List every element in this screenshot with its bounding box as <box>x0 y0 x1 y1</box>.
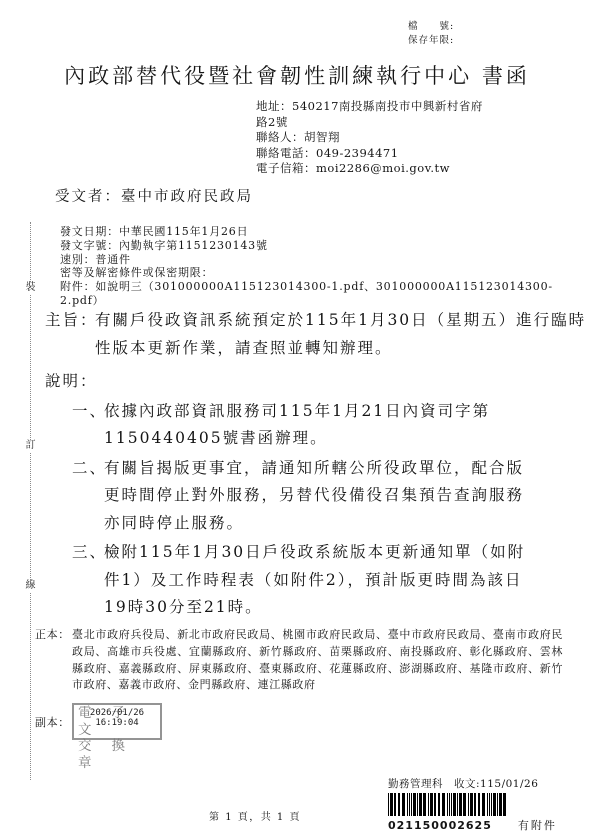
page-number: 第 1 頁，共 1 頁 <box>180 808 330 823</box>
stamp-date: 2026/01/26 <box>74 708 160 718</box>
explanation-section: 說明： 一、 依據內政部資訊服務司115年1月21日內資司字第115044040… <box>45 368 537 622</box>
contact-phone: 聯絡電話：049-2394471 <box>256 146 488 162</box>
subject-section: 主旨： 有關戶役政資訊系統預定於115年1月30日（星期五）進行臨時性版本更新作… <box>45 307 587 362</box>
barcode <box>388 793 558 816</box>
contact-block: 地址：540217南投縣南投市中興新村省府路2號 聯絡人：胡智翔 聯絡電話：04… <box>256 99 488 177</box>
speed-line: 速別：普通件 <box>60 253 560 267</box>
doc-number-line: 發文字號：內勤執字第1151230143號 <box>60 239 560 253</box>
contact-email: 電子信箱：moi2286@moi.gov.tw <box>256 161 488 177</box>
barcode-number: 021150002625 <box>388 819 492 832</box>
item-text: 檢附115年1月30日戶役政系統版本更新通知單（如附件1）及工作時程表（如附件2… <box>104 543 525 616</box>
stamp-row-bottom: 交換章 <box>74 738 160 771</box>
file-number-label: 檔 號: <box>408 20 454 34</box>
electronic-exchange-stamp: 電子文 交換章 2026/01/26 16:19:04 <box>72 703 162 740</box>
meta-block: 發文日期：中華民國115年1月26日 發文字號：內勤執字第1151230143號… <box>60 225 560 308</box>
recipient-line: 受文者：臺中市政府民政局 <box>55 185 253 206</box>
item-text: 依據內政部資訊服務司115年1月21日內資司字第1150440405號書函辦理。 <box>104 402 490 448</box>
attachment-note: 有附件 <box>518 819 557 832</box>
explanation-item: 三、 檢附115年1月30日戶役政系統版本更新通知單（如附件1）及工作時程表（如… <box>45 539 537 622</box>
subject-text: 有關戶役政資訊系統預定於115年1月30日（星期五）進行臨時性版本更新作業，請查… <box>95 311 586 357</box>
stamp-text-bottom: 交換章 <box>78 738 160 771</box>
item-number: 一、 <box>72 398 107 426</box>
security-line: 密等及解密條件或保密期限： <box>60 266 560 280</box>
binding-mark-zhuang: 裝 <box>24 282 37 294</box>
receipt-dept-line: 勤務管理科 收文:115/01/26 <box>388 776 558 791</box>
copy-label: 副本： <box>35 714 70 730</box>
receipt-block: 勤務管理科 收文:115/01/26 021150002625 有附件 <box>388 776 558 833</box>
document-title: 內政部替代役暨社會韌性訓練執行中心 書函 <box>0 60 594 90</box>
item-number: 三、 <box>72 539 107 567</box>
binding-mark-ding: 訂 <box>24 440 37 452</box>
contact-person: 聯絡人：胡智翔 <box>256 130 488 146</box>
binding-mark-xian: 線 <box>24 580 37 592</box>
original-list: 臺北市政府兵役局、新北市政府民政局、桃園市政府民政局、臺中市政府民政局、臺南市政… <box>35 627 563 694</box>
item-text: 有關旨揭版更事宜，請通知所轄公所役政單位，配合版更時間停止對外服務，另替代役備役… <box>104 459 524 532</box>
original-distribution: 正本： 臺北市政府兵役局、新北市政府民政局、桃園市政府民政局、臺中市政府民政局、… <box>35 627 563 694</box>
explanation-item: 一、 依據內政部資訊服務司115年1月21日內資司字第1150440405號書函… <box>45 398 537 453</box>
attachment-line: 附件：如說明三（301000000A115123014300-1.pdf、301… <box>60 280 560 308</box>
binding-dotted-line <box>30 222 31 780</box>
contact-address: 地址：540217南投縣南投市中興新村省府路2號 <box>256 99 486 130</box>
file-number-block: 檔 號: 保存年限: <box>408 20 454 47</box>
retention-period-label: 保存年限: <box>408 34 454 48</box>
document-page: 裝 訂 線 檔 號: 保存年限: 內政部替代役暨社會韌性訓練執行中心 書函 地址… <box>0 0 594 840</box>
original-label: 正本： <box>35 627 70 644</box>
subject-label: 主旨： <box>45 307 98 335</box>
explanation-label: 說明： <box>45 368 537 396</box>
issue-date-line: 發文日期：中華民國115年1月26日 <box>60 225 560 239</box>
stamp-time: 16:19:04 <box>74 718 160 728</box>
explanation-item: 二、 有關旨揭版更事宜，請通知所轄公所役政單位，配合版更時間停止對外服務，另替代… <box>45 455 537 538</box>
stamp-timestamp: 2026/01/26 16:19:04 <box>74 708 160 728</box>
barcode-caption: 021150002625 有附件 <box>388 817 558 833</box>
item-number: 二、 <box>72 455 107 483</box>
